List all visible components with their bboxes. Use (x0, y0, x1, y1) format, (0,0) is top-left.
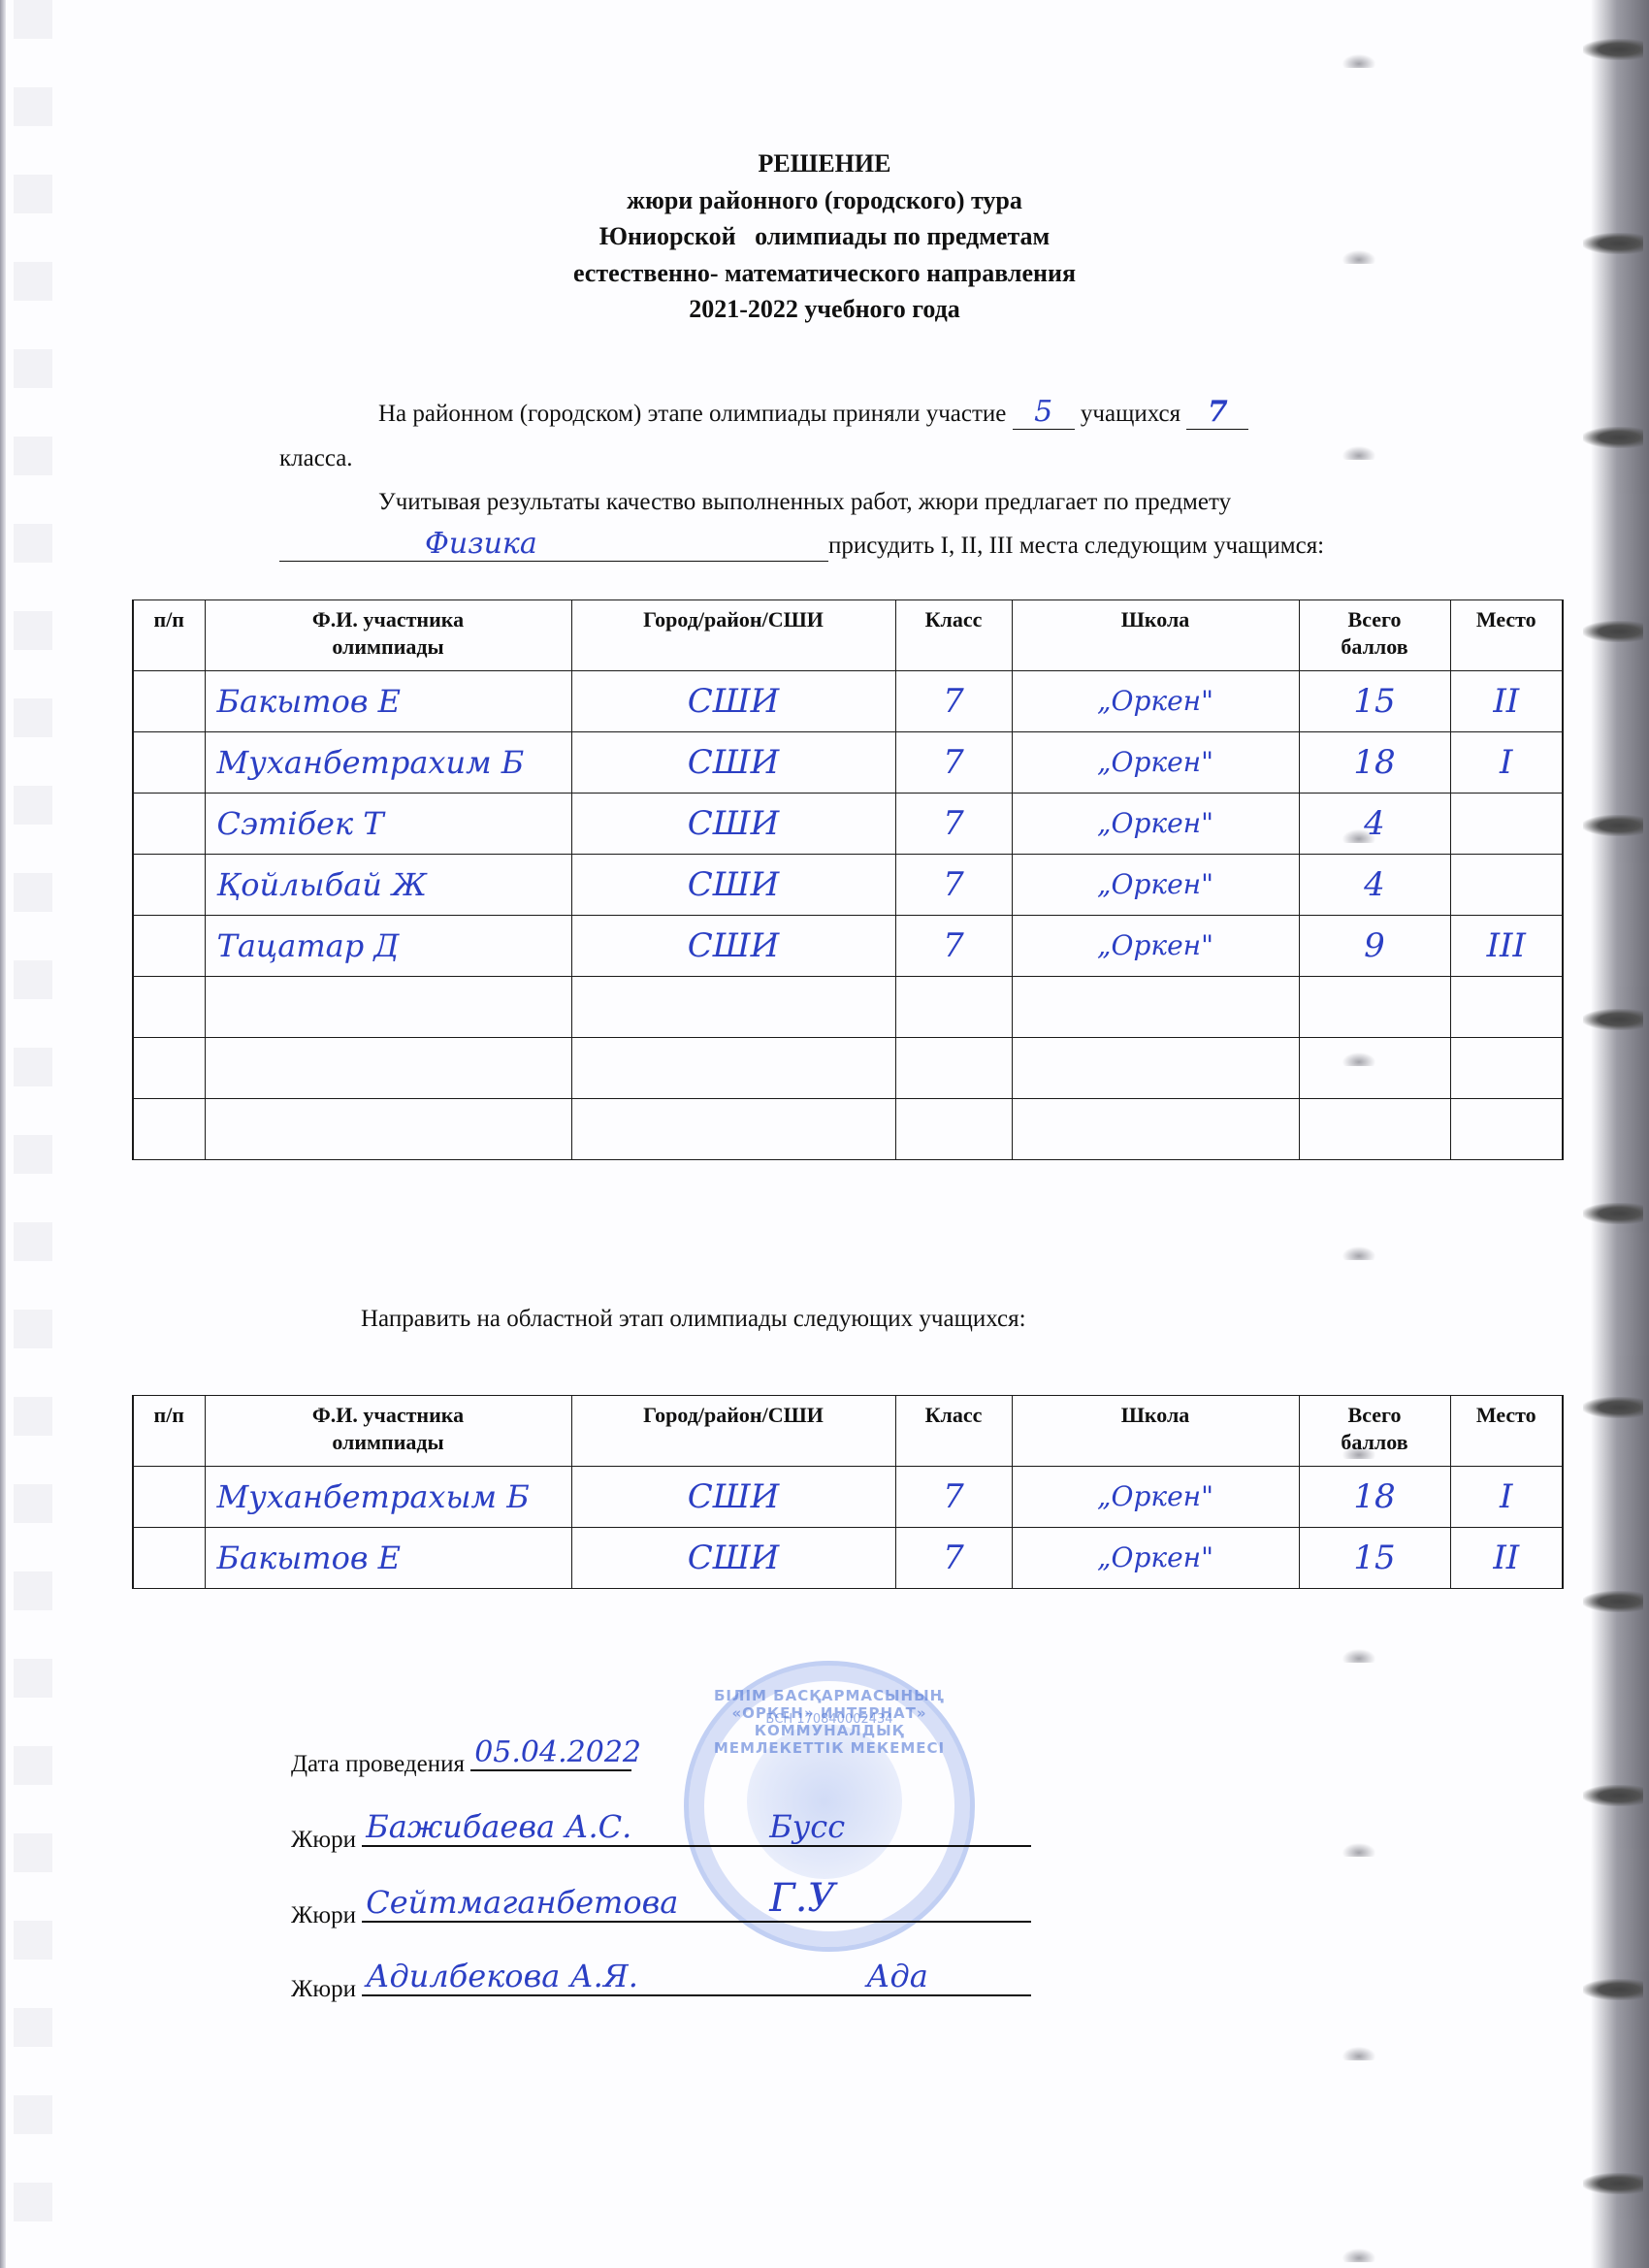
jury-name-2: Сейтмаганбетова (366, 1884, 678, 1921)
scan-speck (1342, 1247, 1375, 1260)
col-header-score: Всегобаллов (1299, 600, 1450, 671)
jury-signature-field-3[interactable]: Адилбекова А.Я. Ада (362, 1969, 1031, 1996)
student-name-value: Қойлыбай Ж (217, 866, 427, 903)
date-label: Дата проведения (291, 1751, 465, 1777)
grade-cell[interactable]: 7 (895, 855, 1012, 916)
score-value: 4 (1364, 804, 1385, 843)
student-name-value: Бакытов Е (217, 1539, 402, 1576)
col-header-name: Ф.И. участникаолимпиады (205, 600, 571, 671)
school-value: „Оркен" (1097, 685, 1213, 717)
district-cell[interactable] (571, 1038, 895, 1099)
scan-speck (1342, 1649, 1375, 1663)
school-value: „Оркен" (1097, 1480, 1213, 1512)
score-cell[interactable]: 4 (1299, 794, 1450, 855)
score-cell[interactable] (1299, 1038, 1450, 1099)
subject-field[interactable]: Физика (279, 532, 828, 562)
district-cell[interactable]: СШИ (571, 732, 895, 794)
place-value: II (1493, 1539, 1519, 1577)
document-title: РЕШЕНИЕ жюри районного (городского) тура… (0, 146, 1649, 328)
regional-body: Муханбетрахым БСШИ7„Оркен"18IБакытов ЕСШ… (133, 1467, 1563, 1589)
district-cell[interactable] (571, 977, 895, 1038)
student-name-cell[interactable] (205, 977, 571, 1038)
grade-value: 7 (943, 682, 964, 721)
row-number-cell[interactable] (133, 855, 205, 916)
school-cell[interactable]: „Оркен" (1012, 732, 1299, 794)
jury-signature-1: Бусс (769, 1808, 845, 1845)
grade-cell[interactable] (895, 1099, 1012, 1160)
table-row (133, 1099, 1563, 1160)
subject-value: Физика (425, 530, 828, 559)
grade-cell[interactable]: 7 (895, 794, 1012, 855)
regional-heading: Направить на областной этап олимпиады сл… (361, 1305, 1026, 1334)
student-name-value: Бакытов Е (217, 683, 402, 720)
grade-field[interactable]: 7 (1186, 400, 1248, 430)
district-value: СШИ (688, 1477, 779, 1516)
district-cell[interactable]: СШИ (571, 671, 895, 732)
place-value: I (1500, 1477, 1512, 1516)
school-value: „Оркен" (1097, 929, 1213, 961)
jury-row-1: Жюри Бажибаева А.С. Бусс (291, 1820, 1031, 1854)
grade-value: 7 (1186, 398, 1248, 427)
results-body: Бакытов ЕСШИ7„Оркен"15IIМуханбетрахим БС… (133, 671, 1563, 1160)
student-name-value: Сэтібек Т (217, 805, 384, 842)
student-name-value: Муханбетрахим Б (217, 744, 525, 781)
grade-value: 7 (943, 865, 964, 904)
scan-speck (1342, 54, 1375, 68)
table-header-row: п/п Ф.И. участникаолимпиады Город/район/… (133, 600, 1563, 671)
col-header-district: Город/район/СШИ (571, 1396, 895, 1467)
table-row (133, 1038, 1563, 1099)
district-cell[interactable]: СШИ (571, 1528, 895, 1589)
place-value: II (1493, 682, 1519, 721)
place-cell[interactable] (1450, 1038, 1563, 1099)
score-cell[interactable]: 15 (1299, 671, 1450, 732)
date-field[interactable]: 05.04.2022 (470, 1744, 631, 1771)
intro-line-3: Учитывая результаты качество выполненных… (378, 488, 1231, 517)
table-row: Бакытов ЕСШИ7„Оркен"15II (133, 1528, 1563, 1589)
intro-line-2: класса. (279, 444, 353, 473)
grade-cell[interactable] (895, 1038, 1012, 1099)
school-cell[interactable] (1012, 1038, 1299, 1099)
score-cell[interactable]: 9 (1299, 916, 1450, 977)
jury-signature-field-2[interactable]: Сейтмаганбетова Г.У (362, 1895, 1031, 1923)
participants-count-value: 5 (1013, 398, 1075, 427)
school-cell[interactable]: „Оркен" (1012, 916, 1299, 977)
title-line: Юниорской олимпиады по предметам (0, 218, 1649, 255)
col-header-school: Школа (1012, 600, 1299, 671)
district-value: СШИ (688, 926, 779, 965)
table-row: Муханбетрахим БСШИ7„Оркен"18I (133, 732, 1563, 794)
score-value: 15 (1353, 682, 1395, 721)
place-cell[interactable]: III (1450, 916, 1563, 977)
district-value: СШИ (688, 743, 779, 782)
district-value: СШИ (688, 865, 779, 904)
score-cell[interactable]: 18 (1299, 1467, 1450, 1528)
scan-speck (1342, 1843, 1375, 1857)
results-table: п/п Ф.И. участникаолимпиады Город/район/… (132, 599, 1564, 1160)
school-value: „Оркен" (1097, 868, 1213, 900)
table-header-row: п/п Ф.И. участникаолимпиады Город/район/… (133, 1396, 1563, 1467)
district-cell[interactable]: СШИ (571, 1467, 895, 1528)
score-cell[interactable]: 15 (1299, 1528, 1450, 1589)
intro-text: На районном (городском) этапе олимпиады … (378, 401, 1006, 427)
district-cell[interactable]: СШИ (571, 855, 895, 916)
title-line: РЕШЕНИЕ (0, 146, 1649, 182)
grade-cell[interactable]: 7 (895, 1467, 1012, 1528)
school-cell[interactable]: „Оркен" (1012, 794, 1299, 855)
place-cell[interactable]: I (1450, 732, 1563, 794)
regional-table: п/п Ф.И. участникаолимпиады Город/район/… (132, 1395, 1564, 1589)
student-name-cell[interactable] (205, 1038, 571, 1099)
scan-speck (1342, 2047, 1375, 2060)
district-cell[interactable] (571, 1099, 895, 1160)
student-name-cell[interactable]: Тацатар Д (205, 916, 571, 977)
jury-label: Жюри (291, 1976, 356, 2002)
date-value: 05.04.2022 (474, 1735, 641, 1769)
table-row: Сэтібек ТСШИ7„Оркен"4 (133, 794, 1563, 855)
row-number-cell[interactable] (133, 671, 205, 732)
grade-cell[interactable] (895, 977, 1012, 1038)
student-name-cell[interactable]: Бакытов Е (205, 1528, 571, 1589)
row-number-cell[interactable] (133, 916, 205, 977)
place-cell[interactable] (1450, 855, 1563, 916)
jury-row-3: Жюри Адилбекова А.Я. Ада (291, 1969, 1031, 2003)
student-name-cell[interactable] (205, 1099, 571, 1160)
participants-count-field[interactable]: 5 (1013, 400, 1075, 430)
jury-signature-3: Ада (866, 1958, 928, 1994)
school-cell[interactable]: „Оркен" (1012, 855, 1299, 916)
grade-cell[interactable]: 7 (895, 732, 1012, 794)
grade-value: 7 (943, 743, 964, 782)
district-cell[interactable]: СШИ (571, 794, 895, 855)
score-value: 18 (1353, 1477, 1395, 1516)
jury-label: Жюри (291, 1902, 356, 1928)
date-row: Дата проведения 05.04.2022 (291, 1744, 631, 1778)
place-cell[interactable]: I (1450, 1467, 1563, 1528)
school-cell[interactable]: „Оркен" (1012, 671, 1299, 732)
grade-cell[interactable]: 7 (895, 1528, 1012, 1589)
place-cell[interactable]: II (1450, 1528, 1563, 1589)
school-value: „Оркен" (1097, 746, 1213, 778)
intro-text: присудить I, II, III места следующим уча… (828, 533, 1324, 559)
school-value: „Оркен" (1097, 807, 1213, 839)
row-number-cell[interactable] (133, 794, 205, 855)
district-value: СШИ (688, 682, 779, 721)
row-number-cell[interactable] (133, 1528, 205, 1589)
jury-name-1: Бажибаева А.С. (366, 1808, 631, 1845)
place-cell[interactable] (1450, 977, 1563, 1038)
title-line: 2021-2022 учебного года (0, 291, 1649, 328)
grade-value: 7 (943, 1539, 964, 1577)
scan-smudge-left (14, 0, 52, 2268)
score-cell[interactable]: 4 (1299, 855, 1450, 916)
place-value: III (1487, 926, 1526, 965)
title-line: естественно- математического направления (0, 255, 1649, 292)
scan-speck (1342, 446, 1375, 460)
student-name-cell[interactable]: Муханбетрахым Б (205, 1467, 571, 1528)
col-header-num: п/п (133, 1396, 205, 1467)
score-value: 4 (1364, 865, 1385, 904)
col-header-grade: Класс (895, 1396, 1012, 1467)
col-header-place: Место (1450, 600, 1563, 671)
col-header-school: Школа (1012, 1396, 1299, 1467)
school-cell[interactable]: „Оркен" (1012, 1528, 1299, 1589)
table-row: Муханбетрахым БСШИ7„Оркен"18I (133, 1467, 1563, 1528)
row-number-cell[interactable] (133, 977, 205, 1038)
score-cell[interactable] (1299, 1099, 1450, 1160)
grade-value: 7 (943, 926, 964, 965)
grade-value: 7 (943, 1477, 964, 1516)
district-value: СШИ (688, 1539, 779, 1577)
grade-value: 7 (943, 804, 964, 843)
row-number-cell[interactable] (133, 1099, 205, 1160)
jury-signature-2: Г.У (769, 1876, 835, 1921)
intro-line-1: На районном (городском) этапе олимпиады … (378, 400, 1248, 430)
jury-label: Жюри (291, 1827, 356, 1853)
jury-name-3: Адилбекова А.Я. (366, 1958, 638, 1994)
scan-edge-left (0, 0, 6, 2268)
score-value: 9 (1364, 926, 1385, 965)
col-header-district: Город/район/СШИ (571, 600, 895, 671)
score-cell[interactable] (1299, 977, 1450, 1038)
score-value: 18 (1353, 743, 1395, 782)
grade-cell[interactable]: 7 (895, 916, 1012, 977)
student-name-value: Тацатар Д (217, 927, 400, 964)
student-name-cell[interactable]: Сэтібек Т (205, 794, 571, 855)
place-cell[interactable] (1450, 794, 1563, 855)
col-header-score: Всегобаллов (1299, 1396, 1450, 1467)
row-number-cell[interactable] (133, 732, 205, 794)
table-row: Бакытов ЕСШИ7„Оркен"15II (133, 671, 1563, 732)
table-row: Тацатар ДСШИ7„Оркен"9III (133, 916, 1563, 977)
district-value: СШИ (688, 804, 779, 843)
jury-row-2: Жюри Сейтмаганбетова Г.У (291, 1895, 1031, 1929)
student-name-cell[interactable]: Муханбетрахим Б (205, 732, 571, 794)
school-value: „Оркен" (1097, 1541, 1213, 1573)
jury-signature-field-1[interactable]: Бажибаева А.С. Бусс (362, 1820, 1031, 1847)
col-header-name: Ф.И. участникаолимпиады (205, 1396, 571, 1467)
table-row: Қойлыбай ЖСШИ7„Оркен"4 (133, 855, 1563, 916)
student-name-value: Муханбетрахым Б (217, 1478, 530, 1515)
scan-edge-right (1591, 0, 1649, 2268)
col-header-grade: Класс (895, 600, 1012, 671)
stamp-bsn: БСН 170840002434 (727, 1712, 931, 1727)
school-cell[interactable]: „Оркен" (1012, 1467, 1299, 1528)
table-row (133, 977, 1563, 1038)
grade-cell[interactable]: 7 (895, 671, 1012, 732)
title-line: жюри районного (городского) тура (0, 182, 1649, 219)
place-value: I (1500, 743, 1512, 782)
row-number-cell[interactable] (133, 1467, 205, 1528)
score-cell[interactable]: 18 (1299, 732, 1450, 794)
scan-speck (1342, 2249, 1375, 2262)
place-cell[interactable] (1450, 1099, 1563, 1160)
district-cell[interactable]: СШИ (571, 916, 895, 977)
student-name-cell[interactable]: Қойлыбай Ж (205, 855, 571, 916)
col-header-num: п/п (133, 600, 205, 671)
student-name-cell[interactable]: Бакытов Е (205, 671, 571, 732)
intro-line-4: Физика присудить I, II, III места следую… (279, 532, 1324, 562)
school-cell[interactable] (1012, 1099, 1299, 1160)
score-value: 15 (1353, 1539, 1395, 1577)
intro-text: учащихся (1081, 401, 1180, 427)
school-cell[interactable] (1012, 977, 1299, 1038)
place-cell[interactable]: II (1450, 671, 1563, 732)
row-number-cell[interactable] (133, 1038, 205, 1099)
col-header-place: Место (1450, 1396, 1563, 1467)
